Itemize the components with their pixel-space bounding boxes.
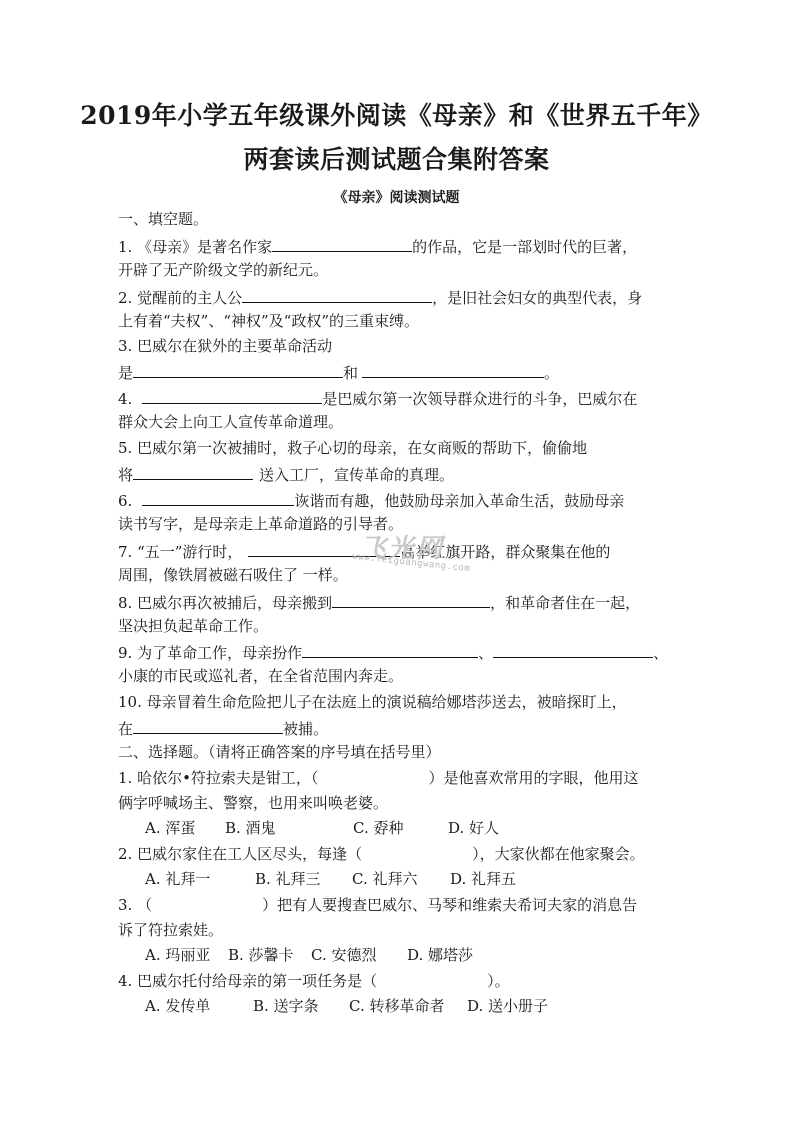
q2-text-a: 2. 觉醒前的主人公 (118, 289, 242, 307)
mc1-options: A. 浑蛋B. 酒鬼C. 孬种D. 好人 (145, 817, 499, 839)
mc2-option-a[interactable]: A. 礼拜一 (145, 868, 255, 890)
mc3-text-a: 3. （ (118, 896, 152, 914)
q7-line1: 7. “五一”游行时，高举红旗开路，群众聚集在他的 (118, 539, 610, 561)
mc1-option-a[interactable]: A. 浑蛋 (145, 817, 225, 839)
q4-blank[interactable] (142, 386, 322, 404)
q9-blank-1[interactable] (302, 640, 478, 658)
q2-blank[interactable] (242, 285, 432, 303)
q10-text-c: 被捕。 (283, 720, 328, 738)
mc3-line2: 诉了符拉索娃。 (118, 919, 223, 941)
q8-line2: 坚决担负起革命工作。 (118, 615, 268, 637)
mc3-text-b: ）把有人要搜查巴威尔、马琴和维索夫希诃夫家的消息告 (262, 896, 637, 914)
q3-blank-2[interactable] (362, 360, 544, 378)
q1-blank[interactable] (272, 234, 412, 252)
q9-text-b: 、 (478, 644, 493, 662)
q5-text-b: 将 (118, 466, 133, 484)
mc2-text-a: 2. 巴威尔家住在工人区尽头，每逢（ (118, 845, 362, 863)
mc3-option-b[interactable]: B. 莎馨卡 (228, 944, 311, 966)
q4-line1: 4.是巴威尔第一次领导群众进行的斗争，巴威尔在 (118, 386, 637, 408)
q6-text-b: 诙谐而有趣，他鼓励母亲加入革命生活，鼓励母亲 (294, 492, 624, 510)
mc3-option-a[interactable]: A. 玛丽亚 (145, 944, 228, 966)
mc2-text-b: ），大家伙都在他家聚会。 (472, 845, 645, 863)
mc1-option-b[interactable]: B. 酒鬼 (225, 817, 353, 839)
q1-text-b: 的作品，它是一部划时代的巨著， (412, 238, 637, 256)
q1-line2: 开辟了无产阶级文学的新纪元。 (118, 259, 328, 281)
mc1-line2: 俩字呼喊场主、警察，也用来叫唤老婆。 (118, 792, 388, 814)
q9-text-c: 、 (653, 644, 668, 662)
mc3-option-d[interactable]: D. 娜塔莎 (407, 944, 473, 966)
q3-blank-1[interactable] (133, 360, 343, 378)
q9-blank-2[interactable] (493, 640, 653, 658)
mc1-option-d[interactable]: D. 好人 (448, 817, 499, 839)
q6-text-a: 6. (118, 492, 132, 510)
mc4-option-b[interactable]: B. 送字条 (253, 995, 349, 1017)
mc4-text-a: 4. 巴威尔托付给母亲的第一项任务是（ (118, 972, 377, 990)
q4-line2: 群众大会上向工人宣传革命道理。 (118, 411, 343, 433)
section2-heading: 二、选择题。（请将正确答案的序号填在括号里） (118, 741, 441, 763)
mc2-option-c[interactable]: C. 礼拜六 (352, 868, 450, 890)
section1-heading: 一、填空题。 (118, 208, 208, 230)
mc2-options: A. 礼拜一B. 礼拜三C. 礼拜六D. 礼拜五 (145, 868, 516, 890)
mc4-option-a[interactable]: A. 发传单 (145, 995, 253, 1017)
q3-line1: 3. 巴威尔在狱外的主要革命活动 (118, 335, 332, 357)
q8-text-b: ，和革命者住在一起， (490, 594, 640, 612)
q10-line2: 在被捕。 (118, 716, 328, 738)
q2-line2: 上有着“夫权”、“神权”及“政权”的三重束缚。 (118, 310, 419, 332)
mc3-option-c[interactable]: C. 安德烈 (311, 944, 407, 966)
q6-line1: 6.诙谐而有趣，他鼓励母亲加入革命生活，鼓励母亲 (118, 488, 624, 510)
q2-line1: 2. 觉醒前的主人公，是旧社会妇女的典型代表，身 (118, 285, 642, 307)
document-title-line1: 2019年小学五年级课外阅读《母亲》和《世界五千年》 (0, 96, 793, 132)
q9-text-a: 9. 为了革命工作，母亲扮作 (118, 644, 302, 662)
q10-text-b: 在 (118, 720, 133, 738)
mc3-line1: 3. （）把有人要搜查巴威尔、马琴和维索夫希诃夫家的消息告 (118, 894, 637, 916)
document-title-line2: 两套读后测试题合集附答案 (0, 140, 793, 176)
q10-blank[interactable] (133, 716, 283, 734)
q8-blank[interactable] (332, 590, 490, 608)
q5-line1: 5. 巴威尔第一次被捕时，救子心切的母亲，在女商贩的帮助下，偷偷地 (118, 437, 587, 459)
q8-line1: 8. 巴威尔再次被捕后，母亲搬到，和革命者住在一起， (118, 590, 640, 612)
mc1-option-c[interactable]: C. 孬种 (353, 817, 448, 839)
q3-text-b: 是 (118, 364, 133, 382)
section-subtitle: 《母亲》阅读测试题 (0, 187, 793, 207)
q5-blank[interactable] (133, 462, 253, 480)
q8-text-a: 8. 巴威尔再次被捕后，母亲搬到 (118, 594, 332, 612)
q9-line2: 小康的市民或巡礼者，在全省范围内奔走。 (118, 665, 403, 687)
q2-text-b: ，是旧社会妇女的典型代表，身 (432, 289, 642, 307)
q1-line1: 1. 《母亲》是著名作家的作品，它是一部划时代的巨著， (118, 234, 637, 256)
q1-text-a: 1. 《母亲》是著名作家 (118, 238, 272, 256)
q9-line1: 9. 为了革命工作，母亲扮作、、 (118, 640, 668, 662)
q4-text-a: 4. (118, 390, 132, 408)
q10-line1: 10. 母亲冒着生命危险把儿子在法庭上的演说稿给娜塔莎送去，被暗探盯上， (118, 691, 627, 713)
mc2-option-d[interactable]: D. 礼拜五 (450, 868, 516, 890)
mc3-options: A. 玛丽亚B. 莎馨卡C. 安德烈D. 娜塔莎 (145, 944, 473, 966)
mc1-text-b: ）是他喜欢常用的字眼，他用这 (428, 769, 638, 787)
mc1-text-a: 1. 哈依尔•符拉索夫是钳工，（ (118, 769, 318, 787)
q3-line2: 是和。 (118, 360, 559, 382)
q3-text-c: 和 (343, 364, 358, 382)
q7-blank[interactable] (248, 539, 400, 557)
q7-text-b: 高举红旗开路，群众聚集在他的 (400, 543, 610, 561)
q6-line2: 读书写字，是母亲走上革命道路的引导者。 (118, 513, 403, 535)
mc2-line1: 2. 巴威尔家住在工人区尽头，每逢（），大家伙都在他家聚会。 (118, 843, 645, 865)
q3-text-d: 。 (544, 364, 559, 382)
mc4-options: A. 发传单B. 送字条C. 转移革命者D. 送小册子 (145, 995, 548, 1017)
mc4-line1: 4. 巴威尔托付给母亲的第一项任务是（）。 (118, 970, 510, 992)
q4-text-b: 是巴威尔第一次领导群众进行的斗争，巴威尔在 (322, 390, 637, 408)
q7-text-a: 7. “五一”游行时， (118, 543, 242, 561)
mc2-option-b[interactable]: B. 礼拜三 (255, 868, 352, 890)
mc4-text-b: ）。 (487, 972, 510, 990)
mc4-option-d[interactable]: D. 送小册子 (467, 995, 548, 1017)
mc4-option-c[interactable]: C. 转移革命者 (349, 995, 467, 1017)
mc1-line1: 1. 哈依尔•符拉索夫是钳工，（）是他喜欢常用的字眼，他用这 (118, 767, 638, 789)
q5-text-c: 送入工厂，宣传革命的真理。 (259, 466, 454, 484)
q5-line2: 将送入工厂，宣传革命的真理。 (118, 462, 454, 484)
q7-line2: 周围，像铁屑被磁石吸住了 一样。 (118, 564, 348, 586)
q6-blank[interactable] (142, 488, 294, 506)
